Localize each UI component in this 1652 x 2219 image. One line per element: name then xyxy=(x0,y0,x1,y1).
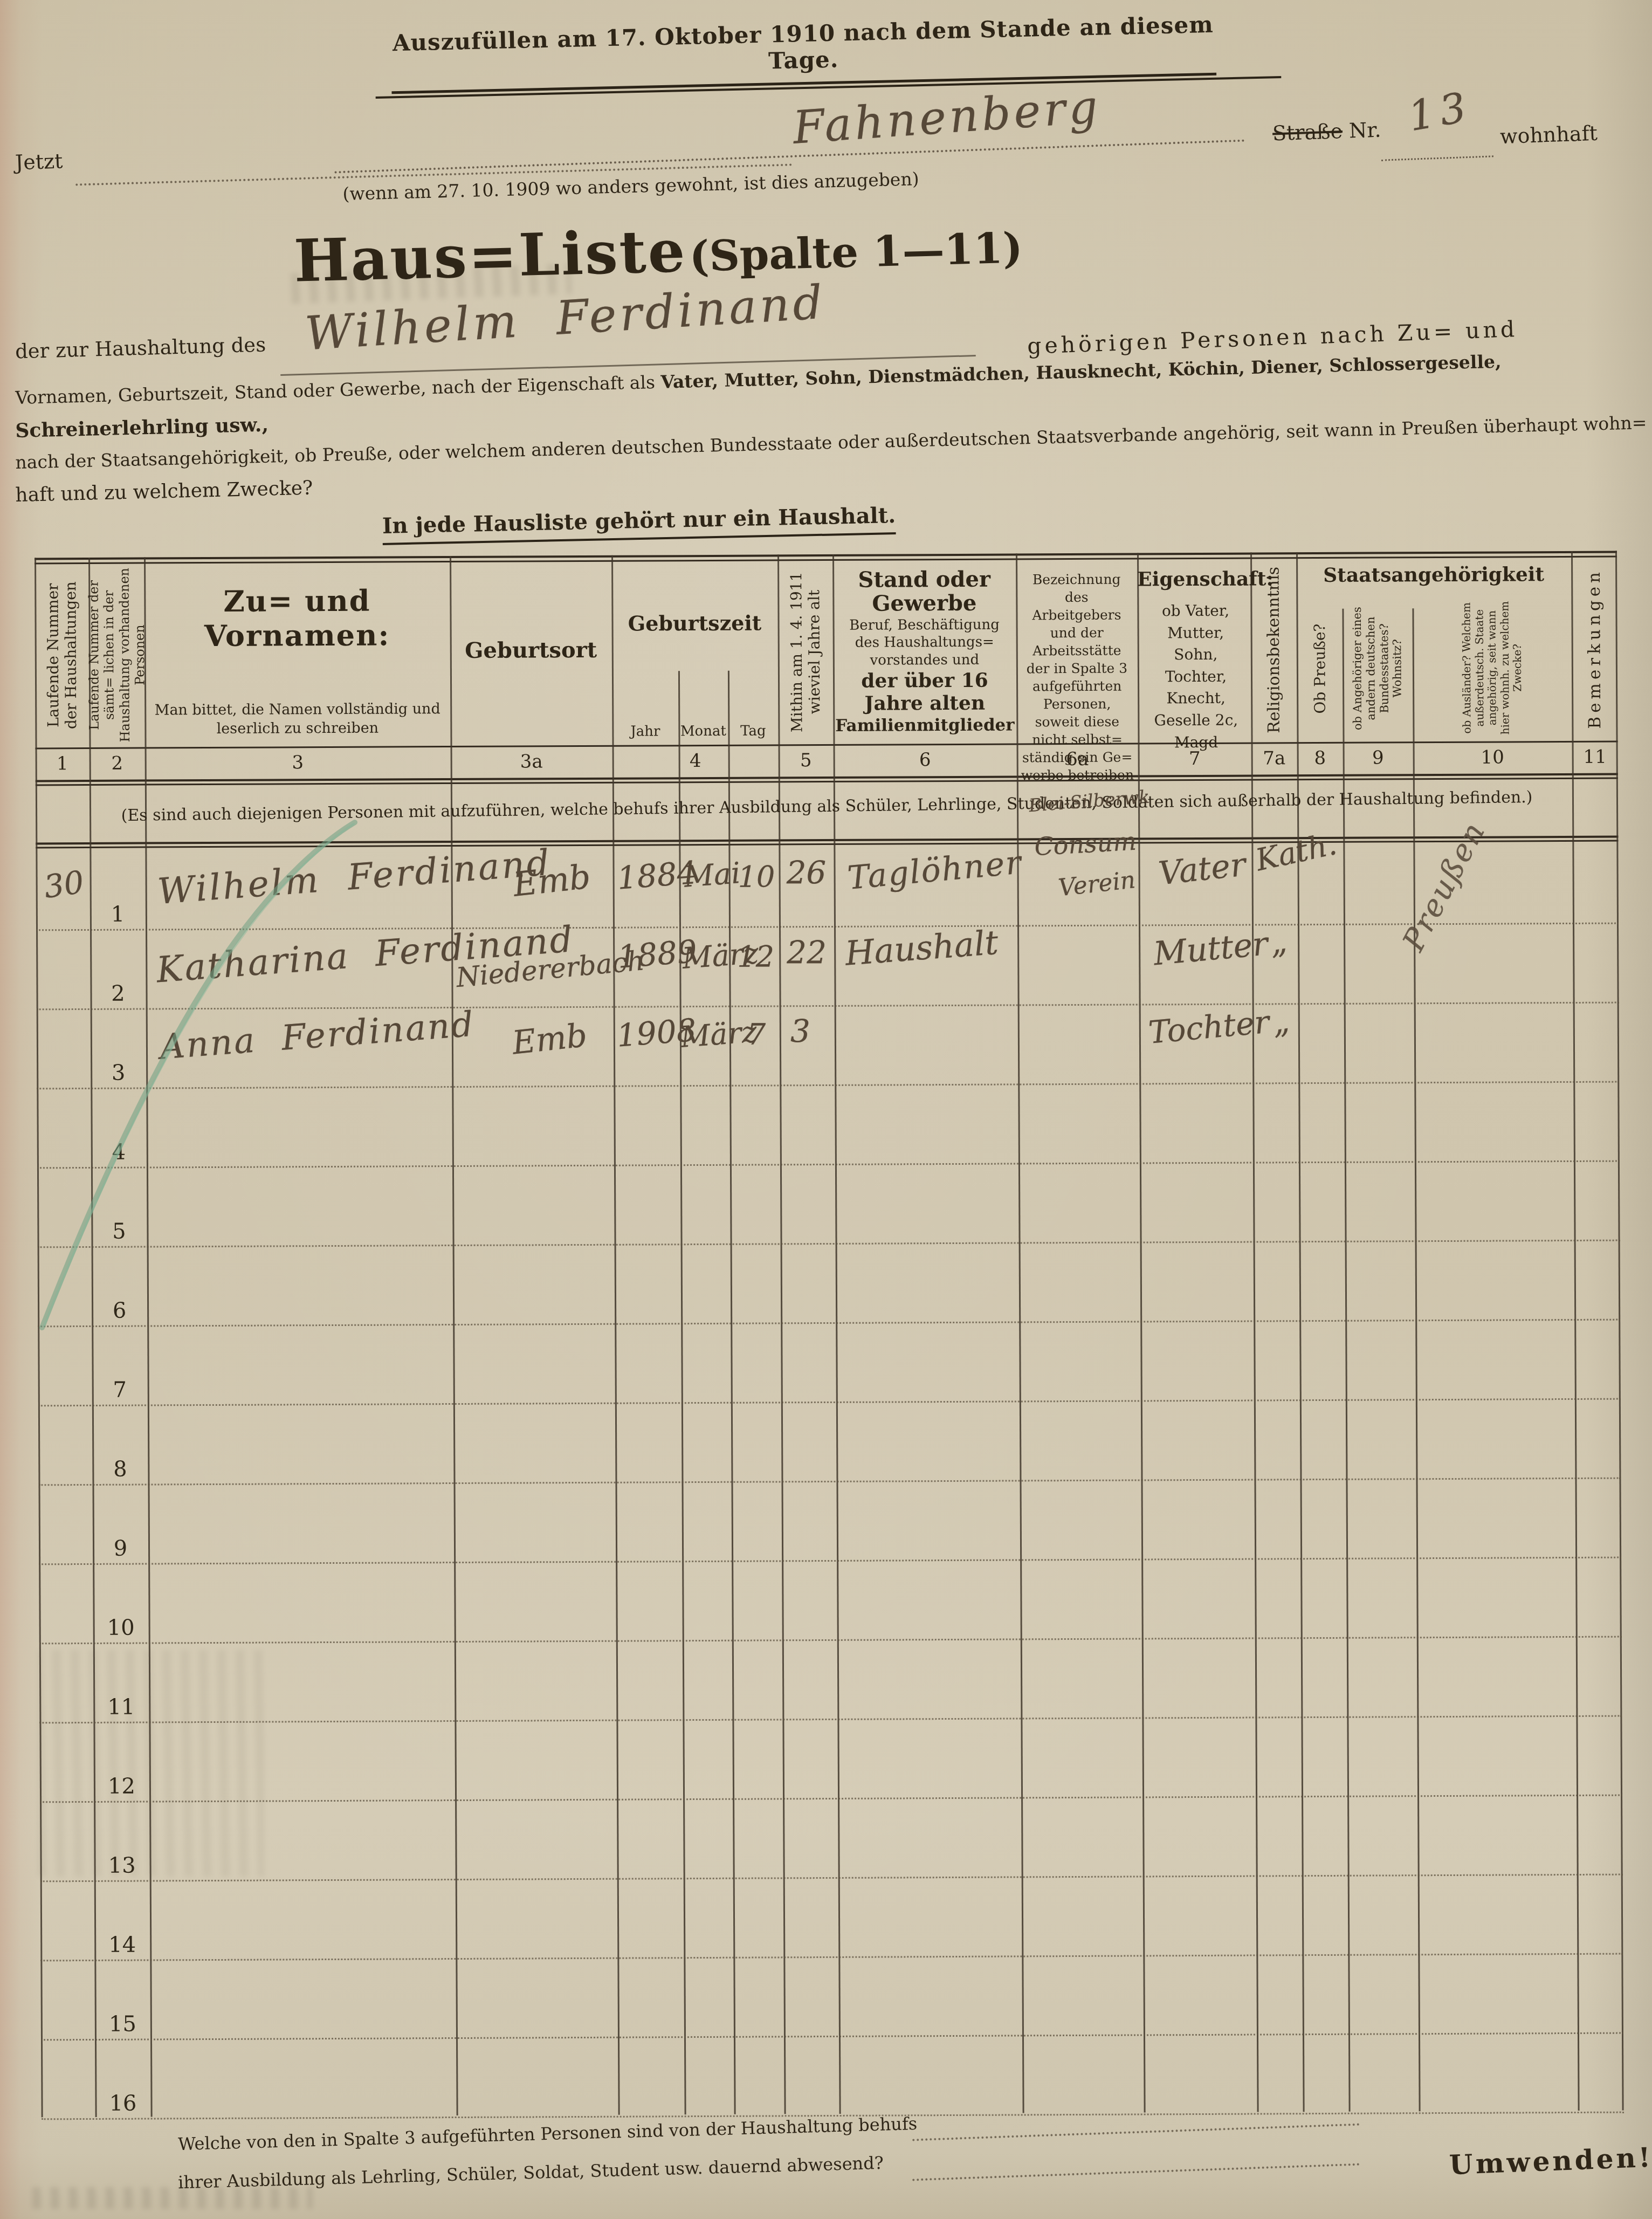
footer-dotted-line2 xyxy=(912,2163,1360,2181)
wohnhaft-label: wohnhaft xyxy=(1499,121,1598,148)
title-main: Haus=Liste xyxy=(293,217,687,296)
table-row: 10 xyxy=(39,1558,1622,1645)
haus-liste-table: Laufende Nummer der Haushaltungen Laufen… xyxy=(35,551,1624,2122)
header-col1: Laufende Nummer der Haushaltungen xyxy=(35,564,89,746)
turn-over-label: Umwenden! xyxy=(1449,2141,1652,2181)
header-col7-relation: Eigenschaft: ob Vater, Mutter, Sohn, Toc… xyxy=(1137,559,1251,742)
table-row: 16 xyxy=(41,2034,1624,2120)
nr-label: Nr. xyxy=(1348,118,1381,142)
household-number-handwritten: 30 xyxy=(42,863,86,905)
row3-day: 7 xyxy=(747,1017,766,1051)
header-col8-prussian: Ob Preuße? xyxy=(1296,596,1343,741)
header-col6a-employer: Bezeichnung des Arbeitgebers und der Arb… xyxy=(1016,559,1138,742)
table-row: 9 xyxy=(39,1479,1622,1565)
street-name-handwritten: Fahnenberg xyxy=(791,80,1103,154)
strasse-label-struck: Straße xyxy=(1272,119,1343,146)
header-tag: Tag xyxy=(728,723,778,739)
table-row: 12 xyxy=(39,1717,1622,1803)
jetzt-label: Jetzt xyxy=(15,149,63,174)
header-col5-age: Mithin am 1. 4. 1911 wieviel Jahre alt xyxy=(777,561,833,743)
house-number-handwritten: 13 xyxy=(1405,83,1475,141)
one-household-rule: In jede Hausliste gehört nur ein Haushal… xyxy=(299,501,979,540)
row1-employer-line2: Consum xyxy=(1034,827,1137,862)
row1-age: 26 xyxy=(786,854,826,891)
bleed-through-smudge xyxy=(32,2187,313,2209)
header-col2: Laufende Nummer der sämt= lichen in der … xyxy=(88,564,144,746)
table-row: 7 xyxy=(38,1321,1621,1407)
header-col7a-religion: Religionsbekenntnis xyxy=(1250,559,1297,741)
header-col3a-birthplace: Geburtsort xyxy=(450,562,612,745)
row1-birthplace: Emb xyxy=(511,857,593,904)
table-row: 13 xyxy=(40,1796,1623,1883)
table-row: 15 xyxy=(40,1955,1623,2041)
header-col10-foreigner: ob Ausländer? Welchem außerdeutsch. Staa… xyxy=(1412,595,1572,740)
row1-day: 10 xyxy=(738,860,775,894)
census-form-scan: Auszufüllen am 17. Oktober 1910 nach dem… xyxy=(0,0,1652,2219)
table-header: Laufende Nummer der Haushaltungen Laufen… xyxy=(35,558,1617,748)
column-number-row: 1 2 3 3a 4 5 6 6a 7 7a 8 9 10 11 xyxy=(36,741,1618,779)
header-col3-names: Zu= und Vornamen: Man bittet, die Namen … xyxy=(144,562,450,746)
header-group-nationality: Staatsangehörigkeit Ob Preuße? ob Angehö… xyxy=(1296,558,1572,741)
pupils-note-row: (Es sind auch diejenigen Personen mit au… xyxy=(36,777,1618,843)
header-monat: Monat xyxy=(678,723,728,739)
intro-lead: der zur Haushaltung des xyxy=(15,333,266,363)
row1-month: Mai xyxy=(683,856,741,894)
header-col9-other-german-state: ob Angehöriger eines andern deutschen Bu… xyxy=(1342,596,1413,741)
table-row: 6 xyxy=(38,1241,1621,1328)
title-column-range: (Spalte 1—11) xyxy=(689,224,1023,281)
header-jahr: Jahr xyxy=(612,723,678,740)
row2-age: 22 xyxy=(787,934,827,971)
footer-question-line2: ihrer Ausbildung als Lehrling, Schüler, … xyxy=(178,2153,884,2193)
footer-dotted-line1 xyxy=(912,2124,1360,2141)
intro-line1-normal: Vornamen, Geburtszeit, Stand oder Gewerb… xyxy=(15,372,661,408)
row3-age: 3 xyxy=(790,1013,810,1049)
street-dotted-line xyxy=(334,140,1245,174)
table-row: 4 xyxy=(37,1083,1620,1169)
page-title: Haus=Liste (Spalte 1—11) xyxy=(293,209,990,296)
header-col4-birthdate: Geburtszeit Jahr Monat Tag xyxy=(611,561,778,744)
table-row: 11 xyxy=(39,1638,1622,1724)
house-number-dotted-line xyxy=(1381,155,1493,161)
table-row: 8 xyxy=(38,1400,1621,1486)
previous-residence-note: (wenn am 27. 10. 1909 wo anders gewohnt,… xyxy=(318,168,944,205)
table-row: 5 xyxy=(37,1162,1620,1248)
header-col11-remarks: Bemerkungen xyxy=(1571,558,1617,740)
row3-month: März xyxy=(679,1015,758,1054)
header-col6-occupation: Stand oder Gewerbe Beruf, Beschäftigung … xyxy=(832,560,1016,743)
strasse-nr-label: Straße Nr. xyxy=(1272,118,1381,145)
row2-day: 12 xyxy=(737,939,774,973)
table-row: 14 xyxy=(40,1875,1623,1962)
